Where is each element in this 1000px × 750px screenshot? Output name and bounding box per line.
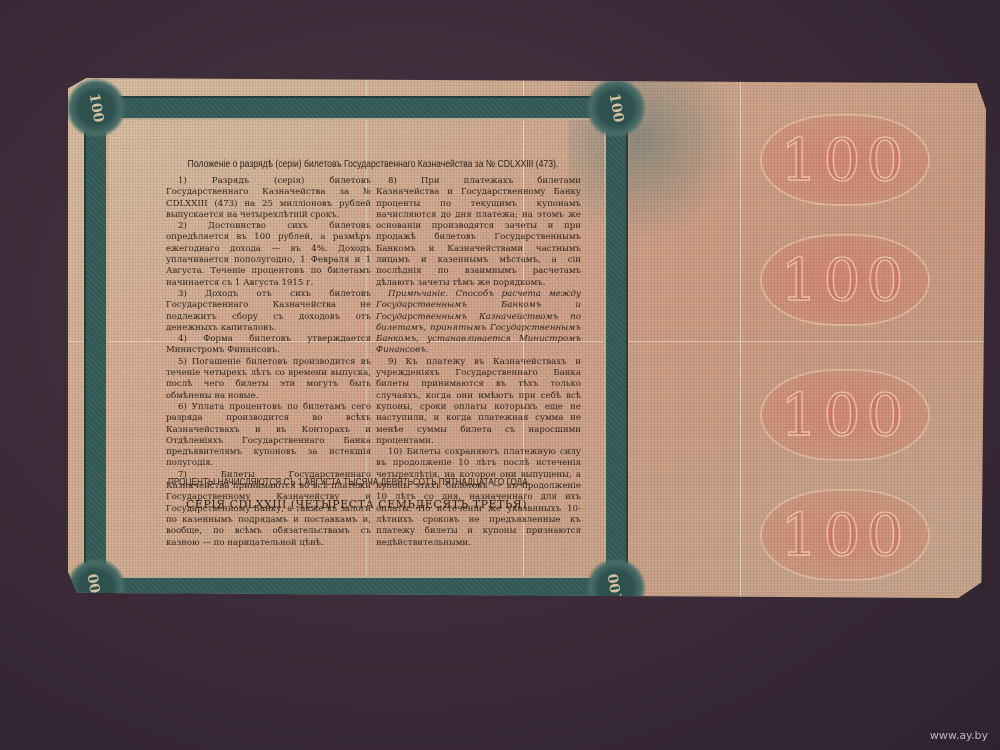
corner-rosette-icon: 100 bbox=[61, 553, 131, 623]
corner-rosette-icon: 100 bbox=[581, 553, 651, 623]
coupon-panel: 100 100 100 100 bbox=[740, 84, 980, 594]
series-line: СЕРIЯ CDLXXIII (ЧЕТЫРЕСТА СЕМЬДЕСЯТЪ ТРЕ… bbox=[186, 498, 531, 511]
regulation-clause: 1) Разрядъ (серiя) билетовъ Государствен… bbox=[166, 176, 371, 221]
regulation-right-column: 8) При платежахъ билетами Казначейства и… bbox=[376, 176, 581, 549]
regulation-title: Положенiе о разрядѣ (серiи) билетовъ Гос… bbox=[168, 158, 578, 170]
regulation-clause: 3) Доходъ отъ сихъ билетовъ Государствен… bbox=[166, 289, 371, 334]
regulation-clause: 4) Форма билетовъ утверждается Министром… bbox=[166, 334, 371, 357]
regulation-clause: 5) Погашенiе билетовъ производится въ те… bbox=[166, 357, 371, 402]
denomination-cartouche: 100 bbox=[760, 369, 930, 461]
denomination-cartouche: 100 bbox=[760, 234, 930, 326]
banknote: 100 100 100 100 Положенiе о разрядѣ (сер… bbox=[68, 78, 986, 598]
regulation-clause: 6) Уплата процентовъ по билетамъ сего ра… bbox=[166, 402, 371, 470]
regulation-clause: 8) При платежахъ билетами Казначейства и… bbox=[376, 176, 581, 289]
regulation-left-column: 1) Разрядъ (серiя) билетовъ Государствен… bbox=[166, 176, 371, 549]
site-watermark: www.ay.by bbox=[930, 729, 988, 742]
denomination-cartouche: 100 bbox=[760, 114, 930, 206]
regulation-clause: 9) Къ платежу въ Казначействахъ и учрежд… bbox=[376, 357, 581, 447]
regulation-note: Примѣчанiе. Способъ расчета между Госуда… bbox=[376, 289, 581, 357]
denomination-cartouche: 100 bbox=[760, 489, 930, 581]
regulation-clause: 2) Достоинство сихъ билетовъ опредѣляетс… bbox=[166, 221, 371, 289]
interest-line: ПРОЦЕНТЫ НАЧИСЛЯЮТСЯ СЪ 1 АВГУСТА ТЫСЯЧА… bbox=[168, 476, 558, 488]
corner-rosette-icon: 100 bbox=[61, 73, 131, 143]
